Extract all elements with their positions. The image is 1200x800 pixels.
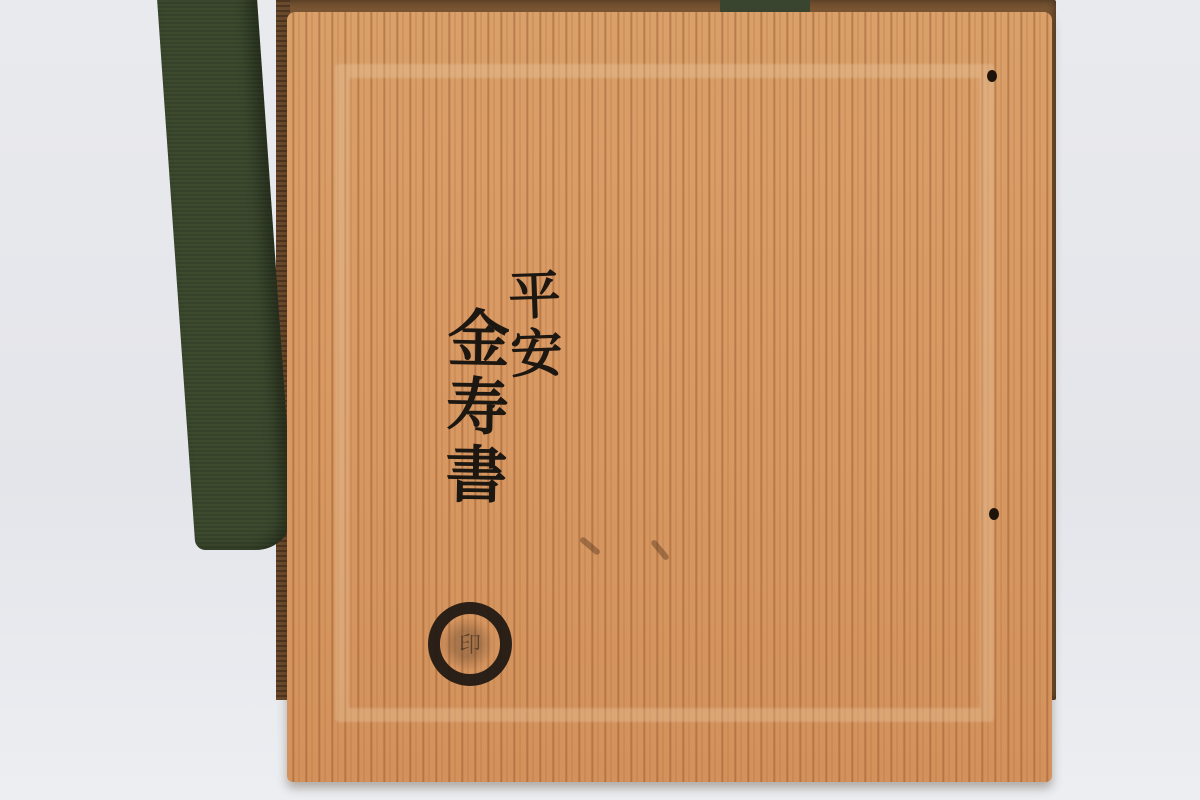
inscription-signature: 金寿書 xyxy=(426,305,519,511)
wormhole xyxy=(987,70,997,82)
round-seal-stamp: 印 xyxy=(428,602,512,686)
photo-scene: 平安 金寿書 印 xyxy=(0,0,1200,800)
wormhole xyxy=(989,508,999,520)
seal-text: 印 xyxy=(440,628,500,659)
wooden-lid xyxy=(287,12,1052,782)
cloth-strap xyxy=(156,0,295,550)
